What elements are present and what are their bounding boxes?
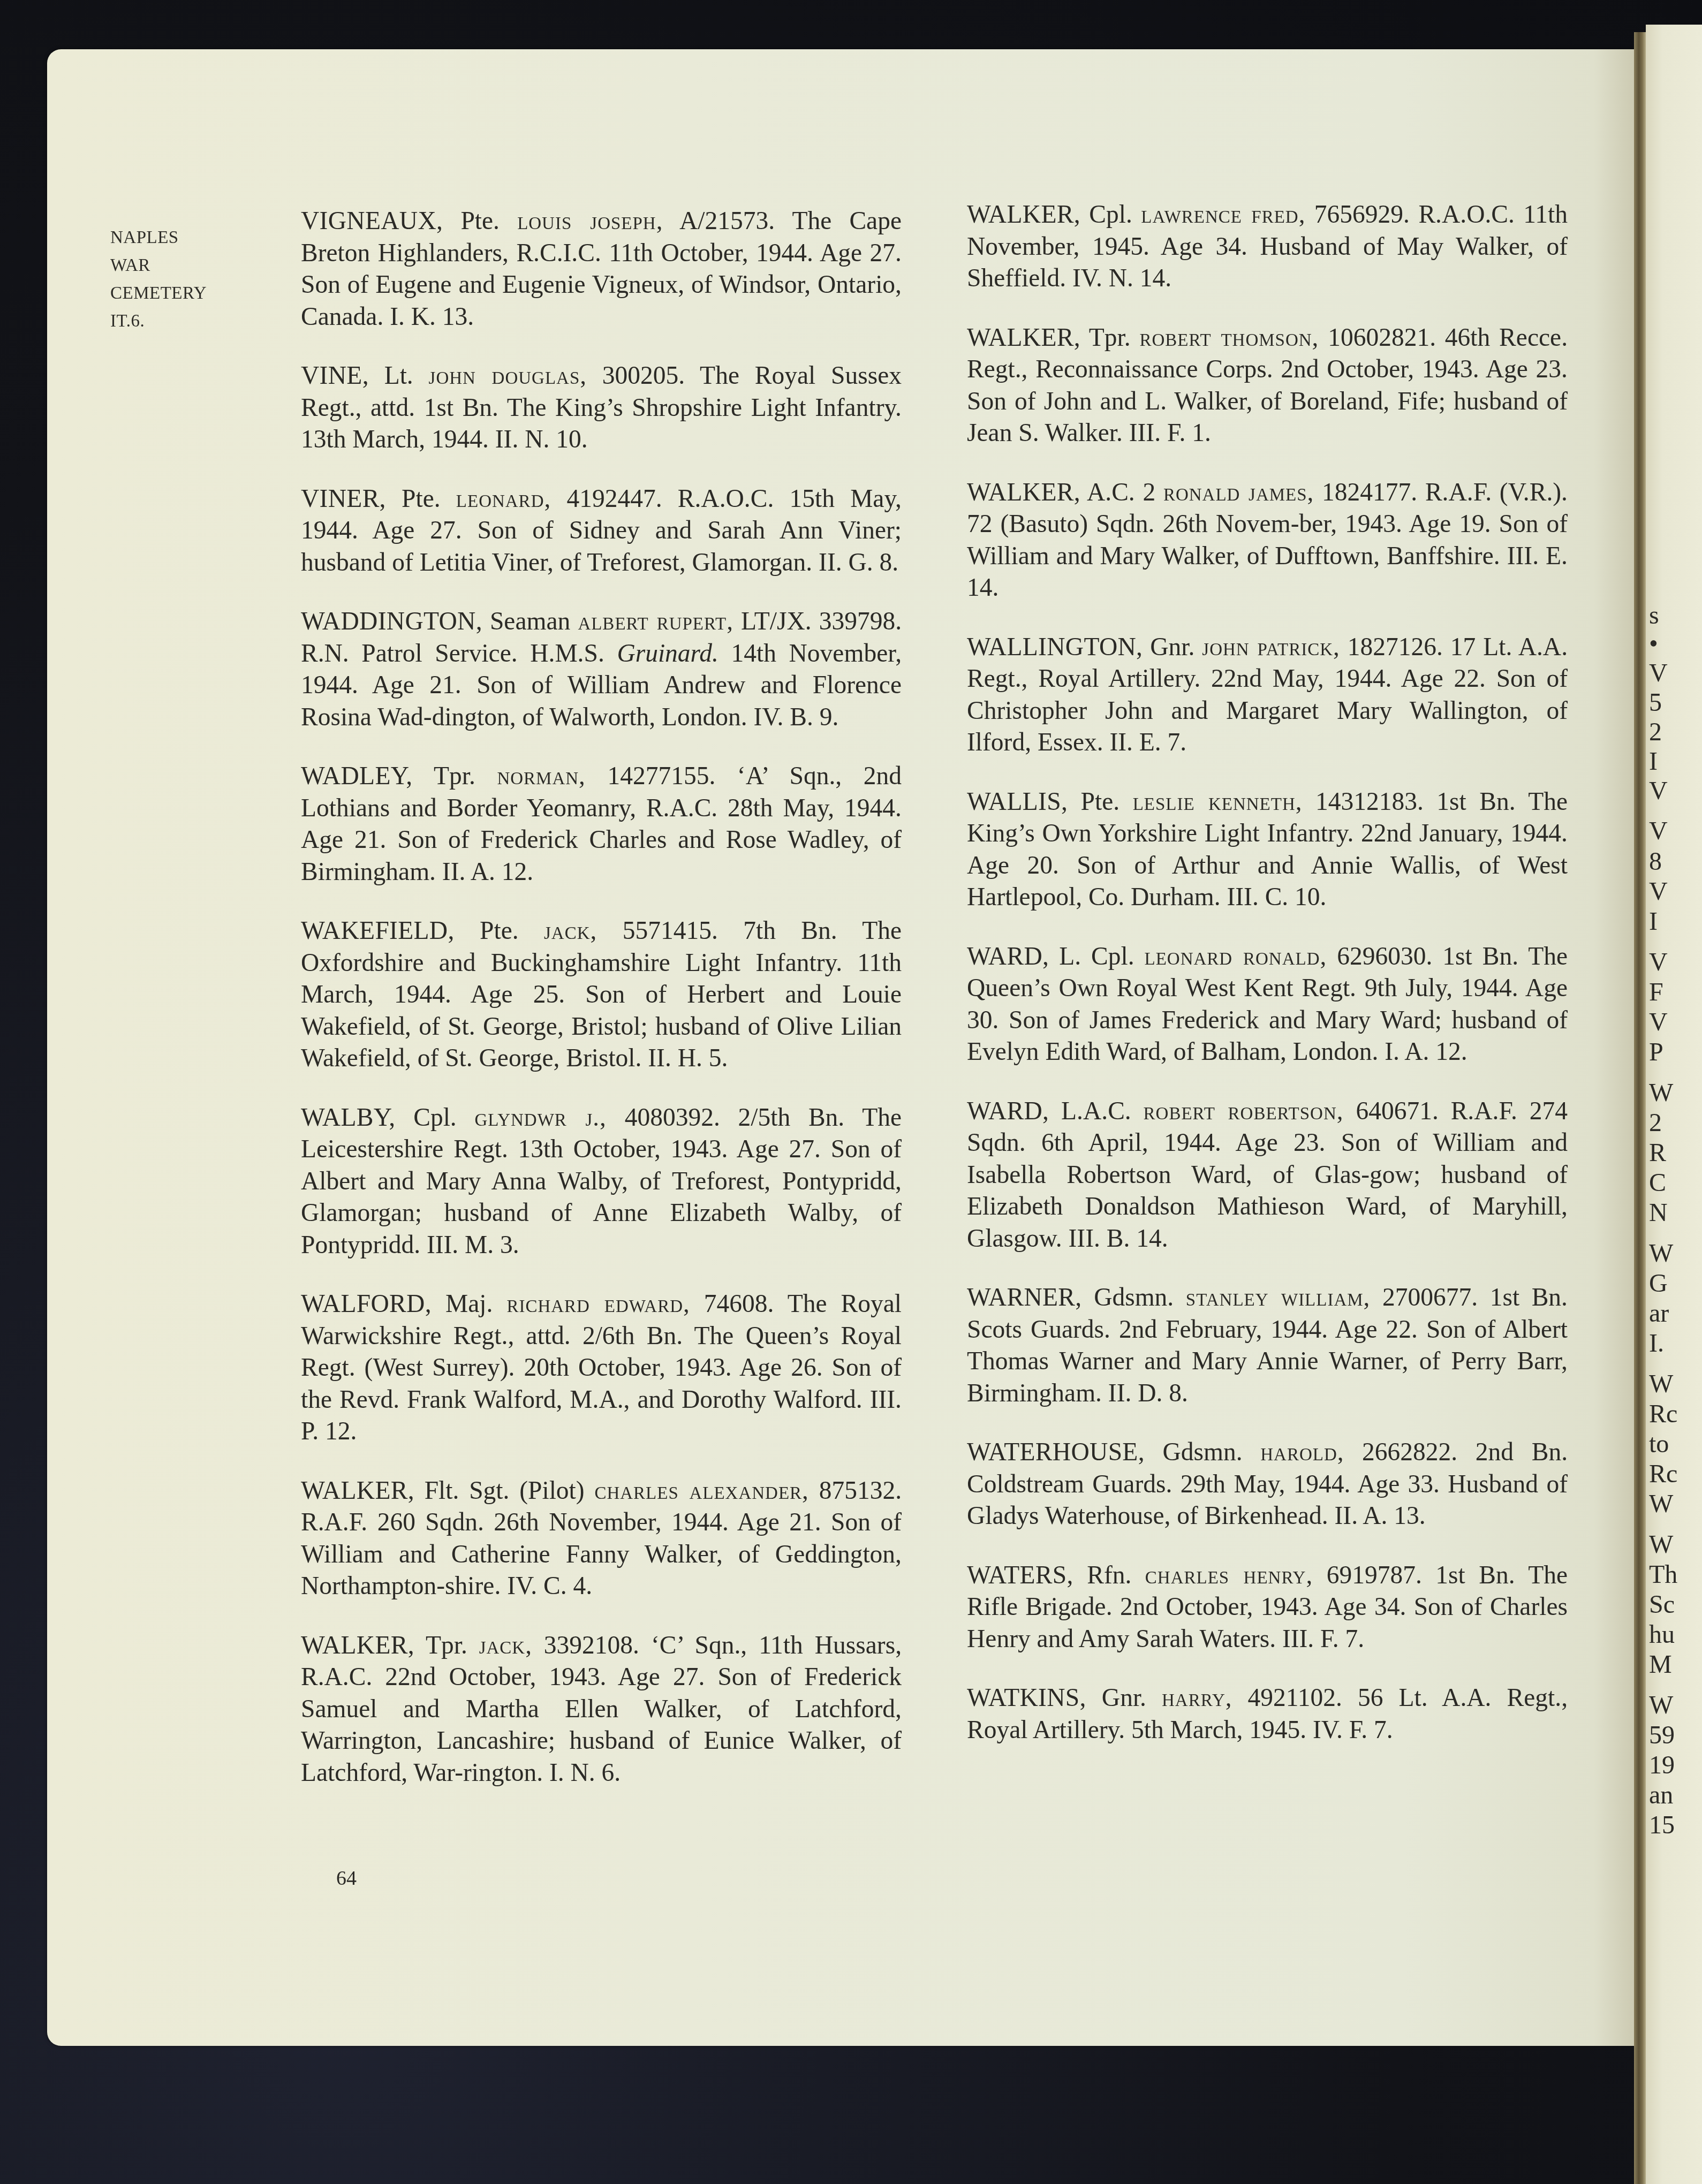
margin-label-line: CEMETERY — [110, 279, 207, 307]
entry-surname: WATKINS, — [967, 1684, 1086, 1712]
entry-surname: VINE, — [301, 362, 369, 390]
facing-page-text-fragment: Sc — [1649, 1589, 1675, 1620]
entry-given-names: john patrick, — [1202, 633, 1340, 661]
entry-given-names: albert rupert, — [578, 608, 733, 635]
entry-rank: Gnr. — [1150, 633, 1194, 661]
page-number: 64 — [336, 1867, 357, 1890]
entry-given-names: norman, — [497, 762, 585, 790]
entry-surname: WALFORD, — [301, 1290, 432, 1318]
entry-rank: Pte. — [402, 485, 441, 513]
facing-page-edge: s•V52IVV8VIVFVPW2RCNWGarI.WRctoRcWWThSch… — [1646, 25, 1702, 2184]
entry-surname: WAKEFIELD, — [301, 917, 455, 945]
facing-page-text-fragment: W — [1649, 1529, 1673, 1560]
casualty-entry: WALKER, Cpl. lawrence fred, 7656929. R.A… — [967, 199, 1568, 295]
entry-rank: Gdsmn. — [1094, 1284, 1174, 1311]
facing-page-text-fragment: W — [1649, 1488, 1673, 1520]
facing-page-text-fragment: W — [1649, 1689, 1673, 1721]
entry-given-names: leonard ronald, — [1145, 943, 1327, 970]
entry-rank: L.A.C. — [1061, 1097, 1131, 1125]
facing-page-text-fragment: 2 — [1649, 716, 1662, 748]
entry-surname: WARNER, — [967, 1284, 1082, 1311]
facing-page-text-fragment: ar — [1649, 1298, 1669, 1329]
casualty-entry: WALKER, A.C. 2 ronald james, 1824177. R.… — [967, 477, 1568, 604]
entry-given-names: stanley william, — [1186, 1284, 1371, 1311]
facing-page-text-fragment: M — [1649, 1649, 1672, 1680]
entry-surname: WATERS, — [967, 1561, 1073, 1589]
casualty-entry: WALLINGTON, Gnr. john patrick, 1827126. … — [967, 632, 1568, 759]
facing-page-text-fragment: V — [1649, 815, 1668, 847]
facing-page-text-fragment: I. — [1649, 1328, 1664, 1359]
entry-rank: Cpl. — [1089, 201, 1132, 229]
entry-surname: WADLEY, — [301, 762, 412, 790]
margin-label-line: WAR — [110, 252, 207, 279]
entry-surname: WADDINGTON, — [301, 608, 482, 635]
right-column: WALKER, Cpl. lawrence fred, 7656929. R.A… — [967, 199, 1568, 1773]
entry-rank: Gdsmn. — [1162, 1438, 1242, 1466]
facing-page-text-fragment: V — [1649, 946, 1668, 978]
facing-page-text-fragment: 59 — [1649, 1719, 1675, 1751]
entry-surname: VINER, — [301, 485, 386, 513]
facing-page-text-fragment: to — [1649, 1428, 1669, 1460]
entry-given-names: robert robertson, — [1144, 1097, 1344, 1125]
entry-surname: WALLIS, — [967, 788, 1068, 816]
casualty-entry: VINER, Pte. leonard, 4192447. R.A.O.C. 1… — [301, 483, 902, 579]
entry-surname: WATERHOUSE, — [967, 1438, 1145, 1466]
facing-page-text-fragment: W — [1649, 1238, 1673, 1269]
entry-given-names: john douglas, — [429, 362, 587, 390]
casualty-entry: WARD, L. Cpl. leonard ronald, 6296030. 1… — [967, 941, 1568, 1068]
facing-page-text-fragment: • — [1649, 628, 1658, 659]
margin-label-line: IT.6. — [110, 307, 207, 335]
casualty-entry: WATKINS, Gnr. harry, 4921102. 56 Lt. A.A… — [967, 1682, 1568, 1746]
facing-page-text-fragment: N — [1649, 1197, 1668, 1228]
margin-label-line: NAPLES — [110, 224, 207, 252]
facing-page-text-fragment: V — [1649, 657, 1668, 689]
entry-surname: WALLINGTON, — [967, 633, 1143, 661]
facing-page-text-fragment: 2 — [1649, 1107, 1662, 1139]
entry-rank: Flt. Sgt. (Pilot) — [425, 1477, 585, 1505]
entry-surname: WALBY, — [301, 1104, 395, 1132]
entry-given-names: charles alexander, — [594, 1477, 808, 1505]
entry-given-names: leslie kenneth, — [1133, 788, 1303, 816]
entry-rank: Pte. — [1081, 788, 1120, 816]
casualty-entry: WADLEY, Tpr. norman, 14277155. ‘A’ Sqn.,… — [301, 761, 902, 888]
entry-given-names: jack, — [479, 1632, 532, 1659]
entry-rank: Pte. — [480, 917, 519, 945]
casualty-entry: WALFORD, Maj. richard edward, 74608. The… — [301, 1288, 902, 1448]
casualty-entry: WALBY, Cpl. glyndwr j., 4080392. 2/5th B… — [301, 1102, 902, 1262]
entry-given-names: glyndwr j., — [475, 1104, 607, 1132]
casualty-entry: WALKER, Tpr. robert thomson, 10602821. 4… — [967, 322, 1568, 450]
casualty-entry: WALKER, Flt. Sgt. (Pilot) charles alexan… — [301, 1475, 902, 1603]
facing-page-text-fragment: I — [1649, 746, 1658, 777]
facing-page-text-fragment: an — [1649, 1779, 1673, 1811]
entry-surname: WALKER, — [967, 201, 1080, 229]
casualty-entry: VIGNEAUX, Pte. louis joseph, A/21573. Th… — [301, 206, 902, 333]
entry-given-names: charles henry, — [1145, 1561, 1313, 1589]
entry-rank: L. Cpl. — [1059, 943, 1134, 970]
facing-page-text-fragment: C — [1649, 1167, 1666, 1199]
casualty-entry: VINE, Lt. john douglas, 300205. The Roya… — [301, 360, 902, 456]
entry-details: 4192447. R.A.O.C. 15th May, 1944. Age 27… — [301, 485, 902, 577]
entry-rank: Seaman — [490, 608, 570, 635]
casualty-entry: WARNER, Gdsmn. stanley william, 2700677.… — [967, 1282, 1568, 1409]
facing-page-text-fragment: W — [1649, 1077, 1673, 1109]
facing-page-text-fragment: V — [1649, 876, 1668, 907]
facing-page-text-fragment: R — [1649, 1137, 1666, 1169]
entry-given-names: robert thomson, — [1140, 324, 1319, 352]
entry-surname: WALKER, — [301, 1477, 414, 1505]
entry-rank: Tpr. — [434, 762, 475, 790]
casualty-entry: WARD, L.A.C. robert robertson, 640671. R… — [967, 1096, 1568, 1255]
casualty-entry: WAKEFIELD, Pte. jack, 5571415. 7th Bn. T… — [301, 915, 902, 1075]
entry-surname: WARD, — [967, 1097, 1049, 1125]
book-gutter — [1634, 32, 1646, 2184]
entry-surname: WALKER, — [301, 1632, 414, 1659]
entry-surname: VIGNEAUX, — [301, 207, 443, 235]
entry-rank: Cpl. — [413, 1104, 457, 1132]
entry-given-names: jack, — [544, 917, 597, 945]
left-column: VIGNEAUX, Pte. louis joseph, A/21573. Th… — [301, 206, 902, 1816]
entry-rank: Pte. — [460, 207, 500, 235]
entry-rank: Lt. — [384, 362, 413, 390]
facing-page-text-fragment: s — [1649, 600, 1659, 631]
entry-given-names: leonard, — [456, 485, 551, 513]
entry-given-names: richard edward, — [506, 1290, 690, 1318]
facing-page-text-fragment: 8 — [1649, 846, 1662, 877]
entry-rank: Maj. — [445, 1290, 493, 1318]
casualty-entry: WADDINGTON, Seaman albert rupert, LT/JX.… — [301, 606, 902, 733]
casualty-entry: WATERHOUSE, Gdsmn. harold, 2662822. 2nd … — [967, 1437, 1568, 1533]
entry-surname: WARD, — [967, 943, 1049, 970]
entry-ship-name: Gruinard. — [617, 640, 718, 668]
entry-rank: Tpr. — [426, 1632, 467, 1659]
casualty-entry: WALKER, Tpr. jack, 3392108. ‘C’ Sqn., 11… — [301, 1630, 902, 1789]
facing-page-text-fragment: Rc — [1649, 1398, 1677, 1430]
facing-page-text-fragment: 15 — [1649, 1809, 1675, 1841]
entry-surname: WALKER, — [967, 479, 1080, 506]
entry-rank: A.C. 2 — [1087, 479, 1155, 506]
cemetery-margin-label: NAPLES WAR CEMETERY IT.6. — [110, 224, 207, 335]
facing-page-text-fragment: F — [1649, 976, 1663, 1008]
entry-given-names: harold, — [1260, 1438, 1344, 1466]
entry-given-names: lawrence fred, — [1141, 201, 1305, 229]
entry-given-names: harry, — [1162, 1684, 1232, 1712]
entry-surname: WALKER, — [967, 324, 1080, 352]
facing-page-text-fragment: 5 — [1649, 687, 1662, 718]
entry-given-names: louis joseph, — [517, 207, 663, 235]
facing-page-text-fragment: 19 — [1649, 1749, 1675, 1781]
facing-page-text-fragment: I — [1649, 906, 1658, 937]
facing-page-text-fragment: V — [1649, 775, 1668, 807]
facing-page-text-fragment: W — [1649, 1368, 1673, 1400]
casualty-entry: WALLIS, Pte. leslie kenneth, 14312183. 1… — [967, 786, 1568, 914]
facing-page-text-fragment: Rc — [1649, 1458, 1677, 1490]
facing-page-text-fragment: Th — [1649, 1559, 1677, 1590]
entry-given-names: ronald james, — [1163, 479, 1314, 506]
facing-page-text-fragment: V — [1649, 1006, 1668, 1038]
facing-page-text-fragment: G — [1649, 1268, 1668, 1299]
facing-page-text-fragment: P — [1649, 1036, 1663, 1068]
facing-page-text-fragment: hu — [1649, 1619, 1675, 1650]
casualty-entry: WATERS, Rfn. charles henry, 6919787. 1st… — [967, 1560, 1568, 1656]
entry-rank: Gnr. — [1102, 1684, 1146, 1712]
entry-rank: Tpr. — [1089, 324, 1131, 352]
entry-rank: Rfn. — [1087, 1561, 1131, 1589]
